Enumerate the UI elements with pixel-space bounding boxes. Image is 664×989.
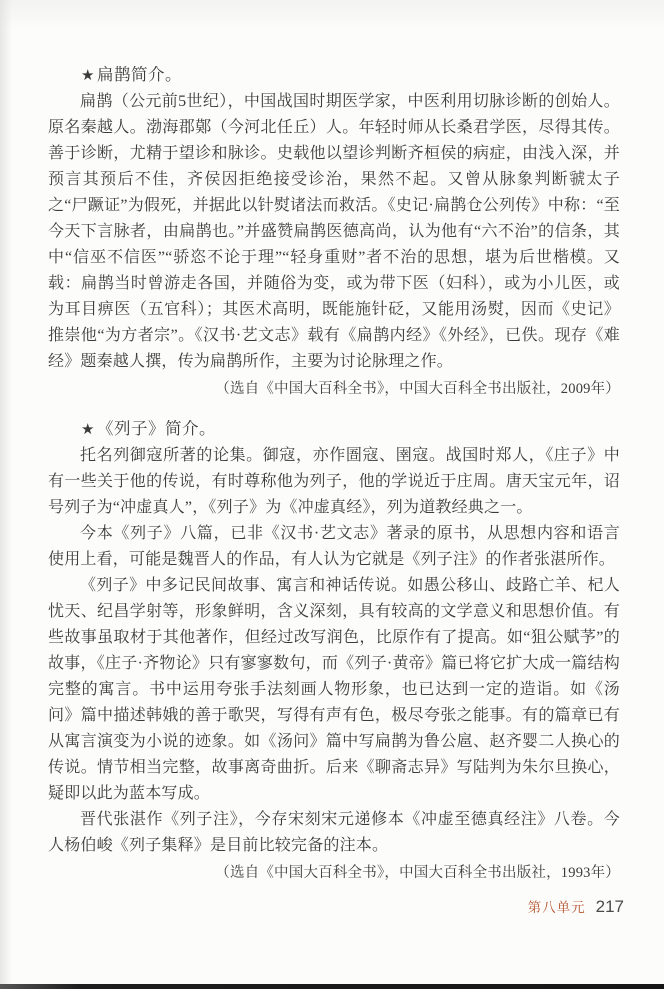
unit-label: 第八单元 — [528, 896, 586, 916]
page-number: 217 — [596, 897, 624, 917]
paragraph: 今本《列子》八篇，已非《汉书·艺文志》著录的原书，从思想内容和语言使用上看，可能… — [48, 521, 620, 573]
paragraph: 《列子》中多记民间故事、寓言和神话传说。如愚公移山、歧路亡羊、杞人忧天、纪昌学射… — [48, 573, 620, 807]
star-icon: ★ — [81, 68, 95, 84]
page-footer: 第八单元 217 — [528, 896, 624, 917]
paragraph: 晋代张湛作《列子注》，今存宋刻宋元递修本《冲虚至德真经注》八卷。今人杨伯峻《列子… — [48, 807, 620, 859]
scan-edge-bar-bottom — [0, 984, 664, 989]
paragraph: 扁鹊（公元前5世纪），中国战国时期医学家，中医利用切脉诊断的创始人。原名秦越人。… — [48, 89, 620, 375]
scan-edge-shadow-top — [0, 0, 664, 30]
paragraph: 托名列御寇所著的论集。御寇，亦作圄寇、圉寇。战国时郑人，《庄子》中有一些关于他的… — [48, 443, 620, 521]
section-bianque: ★扁鹊简介。 扁鹊（公元前5世纪），中国战国时期医学家，中医利用切脉诊断的创始人… — [48, 62, 620, 402]
scan-edge-shadow-left — [0, 0, 12, 989]
star-icon: ★ — [81, 422, 95, 438]
source-citation: （选自《中国大百科全书》，中国大百科全书出版社，2009年） — [48, 376, 620, 402]
section-title-text: 扁鹊简介。 — [97, 65, 182, 84]
page-content: ★扁鹊简介。 扁鹊（公元前5世纪），中国战国时期医学家，中医利用切脉诊断的创始人… — [48, 62, 620, 886]
section-title-bianque: ★扁鹊简介。 — [48, 62, 620, 89]
source-citation: （选自《中国大百科全书》，中国大百科全书出版社，1993年） — [48, 860, 620, 886]
section-title-text: 《列子》简介。 — [97, 419, 216, 438]
section-liezi: ★《列子》简介。 托名列御寇所著的论集。御寇，亦作圄寇、圉寇。战国时郑人，《庄子… — [48, 416, 620, 886]
section-title-liezi: ★《列子》简介。 — [48, 416, 620, 443]
